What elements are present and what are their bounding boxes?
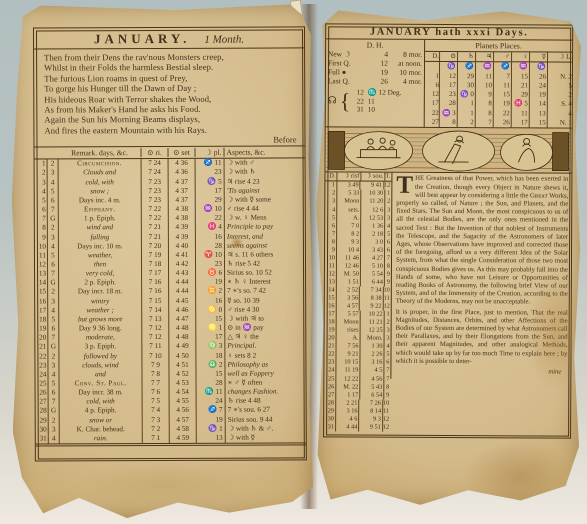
weekday-letter: 7: [48, 270, 59, 279]
sunrise-cell: 7 1: [143, 434, 170, 443]
moon-place-cell: 16: [196, 296, 225, 305]
sunrise-cell: 7 6: [143, 388, 170, 397]
aspect-cell: ⊙ in ♒ pay: [225, 323, 305, 333]
moon-place-cell: ♑ 5: [196, 177, 225, 186]
moon-place-cell: ♏ 11: [197, 388, 226, 397]
aspect-cell: Interest, and: [225, 232, 305, 242]
day-number: 18: [35, 315, 48, 324]
weekday-letter: 2: [49, 416, 60, 425]
planets-places-title: Planets Places.: [425, 40, 572, 53]
weekday-letter: G: [49, 407, 60, 416]
sunrise-cell: 7 7: [143, 379, 170, 388]
sunrise-cell: 7 18: [142, 260, 169, 269]
astronomical-header-section: D. H. New ☽48 mor.First Q.12at noon.Full…: [326, 39, 572, 129]
node-row: 3110: [348, 106, 422, 115]
remark-cell: snow or: [60, 416, 143, 426]
day-number: 26: [36, 389, 49, 398]
day-number: 2: [35, 169, 48, 178]
phase-row: Full ●1910 mor.: [328, 67, 422, 76]
aspect-cell: ♃ rise 4 23: [225, 177, 305, 187]
aspect-cell: 7 ∗'s sou. 6 27: [226, 406, 306, 416]
moon-place-cell: ♐ 11: [196, 159, 225, 168]
sunrise-cell: 7 12: [142, 324, 169, 333]
weekday-letter: G: [48, 279, 59, 288]
sunset-cell: 4 42: [169, 260, 196, 269]
weekday-letter: 7: [48, 205, 59, 214]
weekday-letter: 3: [49, 425, 60, 434]
aspect-cell: changes Fashion.: [226, 388, 306, 398]
essay-paragraph-2: It is proper, in the first Place, just t…: [395, 308, 567, 366]
weekday-letter: 2: [48, 160, 59, 169]
aspect-cell: Sirius so. 10 52: [225, 269, 305, 279]
day-number: 1: [35, 160, 48, 169]
aspect-cell: ☽ w. ♀ Mens: [225, 214, 305, 224]
aspect-cell: ♄ rise 4 48: [226, 397, 306, 407]
sunset-cell: 4 36: [169, 159, 196, 168]
remark-cell: Circumcision.: [59, 159, 142, 169]
left-page-frame: JANUARY. 1 Month. Then from their Dens t…: [33, 26, 307, 461]
brace-glyph: {: [340, 90, 348, 112]
moon-place-cell: ♈ 10: [196, 251, 225, 260]
remark-cell: Conv. St. Paul.: [60, 379, 143, 389]
day-number: 17: [35, 306, 48, 315]
moon-place-cell: 29: [196, 196, 225, 205]
moon-place-cell: ♉ 6: [196, 269, 225, 278]
sunset-cell: 4 39: [169, 223, 196, 232]
sunrise-cell: 7 21: [142, 232, 169, 241]
sunrise-cell: 7 16: [142, 287, 169, 296]
sunset-cell: 4 37: [169, 177, 196, 186]
aspect-cell: well as Foppery: [225, 369, 305, 379]
sunrise-cell: 7 16: [142, 278, 169, 287]
sunset-cell: 4 38: [169, 214, 196, 223]
engraving-illustration: [325, 128, 571, 173]
header-sun-set: ⊙ set: [169, 148, 196, 157]
aspect-cell: Principal.: [225, 342, 305, 352]
sunrise-cell: 7 17: [142, 269, 169, 278]
moon-place-cell: ♑ 1: [197, 425, 226, 434]
aspect-cell: ☽ with ♂: [225, 159, 305, 169]
sunrise-cell: 7 21: [142, 223, 169, 232]
remark-cell: wind and: [59, 223, 142, 233]
sunset-cell: 4 40: [169, 242, 196, 251]
month-poem: Then from their Dens the rav'nous Monste…: [34, 48, 304, 135]
weekday-letter: 7: [48, 334, 59, 343]
remark-cell: weather,: [59, 251, 142, 261]
sunset-cell: 4 55: [170, 397, 197, 406]
remark-cell: then: [59, 260, 142, 270]
sunrise-cell: 7 20: [142, 242, 169, 251]
planets-places-panel: Planets Places. D.⊙♄♃♂♀☿☽ L.♑♐♒♐♒♑112291…: [425, 40, 572, 128]
planets-row: 27827261715N. 1: [425, 118, 572, 128]
sunset-cell: 4 38: [169, 205, 196, 214]
moon-phases-panel: D. H. New ☽48 mor.First Q.12at noon.Full…: [326, 39, 425, 127]
sunrise-cell: 7 2: [143, 425, 170, 434]
remark-cell: and: [59, 370, 142, 380]
header-remark-days: Remark. days, &c.: [59, 148, 142, 157]
remark-cell: followed by: [59, 352, 142, 362]
sunset-cell: 4 56: [170, 406, 197, 415]
sunset-cell: 4 44: [169, 287, 196, 296]
weekday-letter: 2: [48, 352, 59, 361]
moon-place-cell: ♊ 2: [196, 287, 225, 296]
moon-place-cell: 15: [196, 315, 225, 324]
sunset-cell: 4 52: [169, 370, 196, 379]
header-sun-rise: ⊙ ri.: [142, 148, 169, 157]
header-moon-place: ☽ pl.: [196, 148, 225, 157]
day-number: 20: [35, 334, 48, 343]
lower-section: D.☽ risf☽ sou.T. 13 499 411225 3310 3013…: [324, 173, 571, 380]
weekday-letter: 5: [49, 379, 60, 388]
sunset-cell: 4 41: [169, 251, 196, 260]
table-row: 314rain.7 14 5913☽ with ☿: [36, 433, 306, 443]
moon-table-body: 13 499 411225 3310 3013Moon11 2024sets.1…: [324, 182, 391, 432]
essay-paragraph-1: THE Greatness of that Power, which has b…: [396, 175, 569, 307]
moon-place-cell: 28: [196, 241, 225, 250]
remark-cell: but grows more: [59, 315, 142, 325]
weekday-letter: 6: [48, 196, 59, 205]
sunset-cell: 4 44: [169, 278, 196, 287]
sunrise-cell: 7 4: [143, 406, 170, 415]
sunset-cell: 4 49: [169, 342, 196, 351]
sunset-cell: 4 36: [169, 168, 196, 177]
aspect-cell: ☿ so. 10 39: [225, 296, 305, 306]
moon-node-panel: ☊ { 12♏ 12 Deg.22113110: [328, 88, 422, 114]
aspect-cell: seems against: [225, 241, 305, 251]
weekday-letter: 4: [48, 370, 59, 379]
day-number: 11: [35, 251, 48, 260]
weekday-letter: 3: [48, 169, 59, 178]
aspect-cell: ☽ with ☿ some: [225, 195, 305, 205]
remark-cell: Day 9 36 long.: [59, 324, 142, 334]
remark-cell: snow ;: [59, 187, 142, 197]
moon-place-cell: 18: [196, 351, 225, 360]
sunrise-cell: 7 14: [142, 306, 169, 315]
remark-cell: K. Char. behead.: [60, 425, 143, 435]
day-number: 19: [35, 325, 48, 334]
weekday-letter: 6: [49, 389, 60, 398]
moon-place-cell: ♐ 7: [197, 406, 226, 415]
worn-area: [73, 460, 253, 511]
sunset-cell: 4 45: [169, 296, 196, 305]
aspect-cell: ∗ ♂ ☿ often: [226, 378, 306, 388]
woodcut-banner: [325, 128, 571, 174]
planets-row: D.⊙♄♃♂♀☿☽ L.: [425, 52, 572, 63]
day-number: 7: [35, 215, 48, 224]
remark-cell: cold, with: [60, 397, 143, 407]
weekday-letter: 4: [48, 178, 59, 187]
weekday-letter: 5: [48, 315, 59, 324]
sunset-cell: 4 50: [169, 351, 196, 360]
weekday-letter: G: [48, 343, 59, 352]
weekday-letter: 5: [48, 251, 59, 260]
sunrise-cell: 7 11: [142, 342, 169, 351]
sunrise-cell: 7 12: [142, 333, 169, 342]
calendar-table-body: 12Circumcision.7 244 36♐ 11☽ with ♂23Clo…: [35, 159, 306, 447]
sunset-cell: 4 51: [169, 361, 196, 370]
sunrise-cell: 7 23: [142, 196, 169, 205]
remark-cell: weather ;: [59, 306, 142, 316]
remark-cell: Day incr. 18 m.: [59, 288, 142, 298]
remark-cell: cold, with: [59, 178, 142, 188]
moon-place-cell: 17: [196, 186, 225, 195]
remark-cell: Days inc. 10 m.: [59, 242, 142, 252]
sunrise-cell: 7 23: [142, 187, 169, 196]
remark-cell: 2 p. Epiph.: [59, 278, 142, 288]
aspect-cell: ♀ sets 8 2: [225, 351, 305, 361]
catchword: mine: [395, 368, 567, 377]
remark-cell: clouds, wind: [59, 361, 142, 371]
moon-place-cell: ♓ 4: [196, 223, 225, 232]
day-number: 9: [35, 233, 48, 242]
weekday-letter: 4: [49, 434, 60, 443]
aspect-cell: 'Tis against: [225, 186, 305, 196]
aspect-cell: ♄ rise 5 42: [225, 259, 305, 269]
moon-place-cell: 19: [197, 415, 226, 424]
day-number: 16: [35, 297, 48, 306]
month-number: 1 Month.: [204, 34, 244, 46]
remark-cell: 1 p. Epiph.: [59, 214, 142, 224]
sunrise-cell: 7 15: [142, 297, 169, 306]
drop-cap: T: [396, 175, 415, 197]
sunrise-cell: 7 3: [143, 416, 170, 425]
day-number: 4: [35, 187, 48, 196]
weekday-letter: 2: [48, 288, 59, 297]
almanac-left-page: JANUARY. 1 Month. Then from their Dens t…: [11, 4, 313, 518]
moon-place-cell: 15: [196, 370, 225, 379]
weekday-letter: 5: [48, 187, 59, 196]
day-number: 6: [35, 206, 48, 215]
moon-place-cell: ♎ 2: [196, 360, 225, 369]
sunrise-cell: 7 9: [142, 361, 169, 370]
sunrise-cell: 7 22: [142, 205, 169, 214]
sunrise-cell: 7 5: [143, 397, 170, 406]
moon-place-cell: ♌ 1: [196, 324, 225, 333]
weekday-letter: G: [48, 215, 59, 224]
phase-row: First Q.12at noon.: [328, 58, 422, 67]
left-page-header: JANUARY. 1 Month.: [34, 27, 304, 49]
phases-column-header: D. H.: [328, 40, 422, 49]
weekday-letter: 6: [48, 260, 59, 269]
phase-row: New ☽48 mor.: [328, 49, 422, 58]
day-number: 22: [35, 352, 48, 361]
moon-place-cell: ♋ 0: [196, 305, 225, 314]
day-number: 15: [35, 288, 48, 297]
month-title: JANUARY.: [94, 31, 191, 47]
remark-cell: very cold,: [59, 269, 142, 279]
day-number: 27: [36, 398, 49, 407]
sunrise-cell: 7 24: [142, 168, 169, 177]
sunset-cell: 4 58: [170, 425, 197, 434]
sunset-cell: 4 37: [169, 196, 196, 205]
aspect-cell: ☽ with ♄ & ♂.: [226, 424, 306, 434]
day-number: 12: [35, 260, 48, 269]
sunrise-cell: 7 24: [142, 159, 169, 168]
moon-place-cell: ♒ 10: [196, 205, 225, 214]
moon-place-cell: 23: [196, 168, 225, 177]
aspect-cell: ♂ rise 4 30: [225, 305, 305, 315]
remark-cell: Clouds and: [59, 168, 142, 178]
moon-place-cell: 13: [197, 434, 226, 443]
weekday-letter: 4: [48, 306, 59, 315]
planets-places-table: D.⊙♄♃♂♀☿☽ L.♑♐♒♐♒♑112291171526N. 2617301…: [425, 52, 572, 128]
day-number: 10: [35, 242, 48, 251]
remark-cell: wintry: [59, 297, 142, 307]
day-number: 3: [35, 178, 48, 187]
stain: [465, 441, 575, 512]
node-row: 2211: [348, 97, 422, 106]
remark-cell: moderate,: [59, 333, 142, 343]
ascending-node-icon: ☊: [328, 96, 340, 107]
weekday-letter: 3: [48, 297, 59, 306]
day-number: 28: [36, 407, 49, 416]
right-page-frame: JANUARY hath xxxi Days. D. H. New ☽48 mo…: [323, 23, 573, 438]
right-page-title: JANUARY hath xxxi Days.: [326, 24, 572, 40]
sunset-cell: 4 54: [170, 388, 197, 397]
sunrise-cell: 7 23: [142, 178, 169, 187]
weekday-letter: 2: [48, 224, 59, 233]
day-number: 13: [35, 270, 48, 279]
day-number: 14: [35, 279, 48, 288]
sunset-cell: 4 57: [170, 415, 197, 424]
weekday-letter: 7: [49, 398, 60, 407]
moon-phases-rows: New ☽48 mor.First Q.12at noon.Full ●1910…: [328, 49, 422, 85]
aspect-cell: ☽ with ☿: [226, 433, 306, 443]
weekday-letter: 6: [48, 325, 59, 334]
sunset-cell: 4 43: [169, 269, 196, 278]
moon-place-cell: 16: [196, 232, 225, 241]
moon-place-cell: 28: [197, 379, 226, 388]
day-number: 5: [35, 196, 48, 205]
day-number: 29: [36, 416, 49, 425]
day-number: 30: [36, 425, 49, 434]
aspect-cell: ∗ ♄ ♀ Interest: [225, 278, 305, 288]
remark-cell: 4 p. Epiph.: [60, 407, 143, 417]
moon-rise-table: D.☽ risf☽ sou.T. 13 499 411225 3310 3013…: [324, 173, 392, 379]
remark-cell: Days inc. 4 m.: [59, 196, 142, 206]
aspect-cell: ♃ s. 11 6 others: [225, 250, 305, 260]
day-number: 21: [35, 343, 48, 352]
sunrise-cell: 7 13: [142, 315, 169, 324]
remark-cell: 3 p. Epiph.: [59, 342, 142, 352]
sunset-cell: 4 37: [169, 187, 196, 196]
almanac-right-page: JANUARY hath xxxi Days. D. H. New ☽48 mo…: [315, 10, 582, 505]
sunset-cell: 4 47: [169, 315, 196, 324]
sunset-cell: 4 48: [169, 333, 196, 342]
day-number: 25: [36, 379, 49, 388]
aspect-cell: ☽ with ♄: [225, 168, 305, 178]
aspect-cell: △ ♃ ♀ the: [225, 333, 305, 343]
moon-table-row: 314 449 5112: [324, 423, 390, 431]
header-aspects: Aspects, &c.: [225, 148, 305, 157]
weekday-letter: 4: [48, 242, 59, 251]
moon-table-header: D.☽ risf☽ sou.T.: [325, 173, 391, 182]
node-row: 12♏ 12 Deg.: [348, 88, 422, 97]
aspect-cell: Philosophy as: [225, 360, 305, 370]
sunset-cell: 4 48: [169, 324, 196, 333]
sunrise-cell: 7 8: [142, 370, 169, 379]
node-rows: 12♏ 12 Deg.22113110: [348, 88, 422, 114]
aspect-cell: ☽ with ♃ to: [225, 314, 305, 324]
day-number: 24: [35, 370, 48, 379]
sunrise-cell: 7 19: [142, 251, 169, 260]
weekday-letter: 3: [48, 361, 59, 370]
sunset-cell: 4 46: [169, 306, 196, 315]
remark-cell: falling: [59, 233, 142, 243]
sunset-cell: 4 59: [170, 434, 197, 443]
sunset-cell: 4 53: [170, 379, 197, 388]
day-number: 8: [35, 224, 48, 233]
day-number: 31: [36, 434, 49, 443]
sunset-cell: 4 39: [169, 232, 196, 241]
remark-cell: Day incr. 38 m.: [60, 388, 143, 398]
remark-cell: rain.: [60, 434, 143, 444]
aspect-cell: Sirius sou. 9 44: [226, 415, 306, 425]
weekday-letter: 3: [48, 233, 59, 242]
remark-cell: Epiphany.: [59, 205, 142, 215]
essay-text: THE Greatness of that Power, which has b…: [391, 173, 571, 380]
aspect-cell: Principle to pay: [225, 223, 305, 233]
day-number: 23: [35, 361, 48, 370]
sunrise-cell: 7 22: [142, 214, 169, 223]
aspect-cell: ♂ rise 4 44: [225, 204, 305, 214]
moon-place-cell: 23: [196, 260, 225, 269]
moon-place-cell: ♍ 3: [196, 342, 225, 351]
sunrise-cell: 7 10: [142, 351, 169, 360]
aspect-cell: 7 ∗'s so. 7 42: [225, 287, 305, 297]
phase-row: Last Q.264 mor.: [328, 76, 422, 85]
